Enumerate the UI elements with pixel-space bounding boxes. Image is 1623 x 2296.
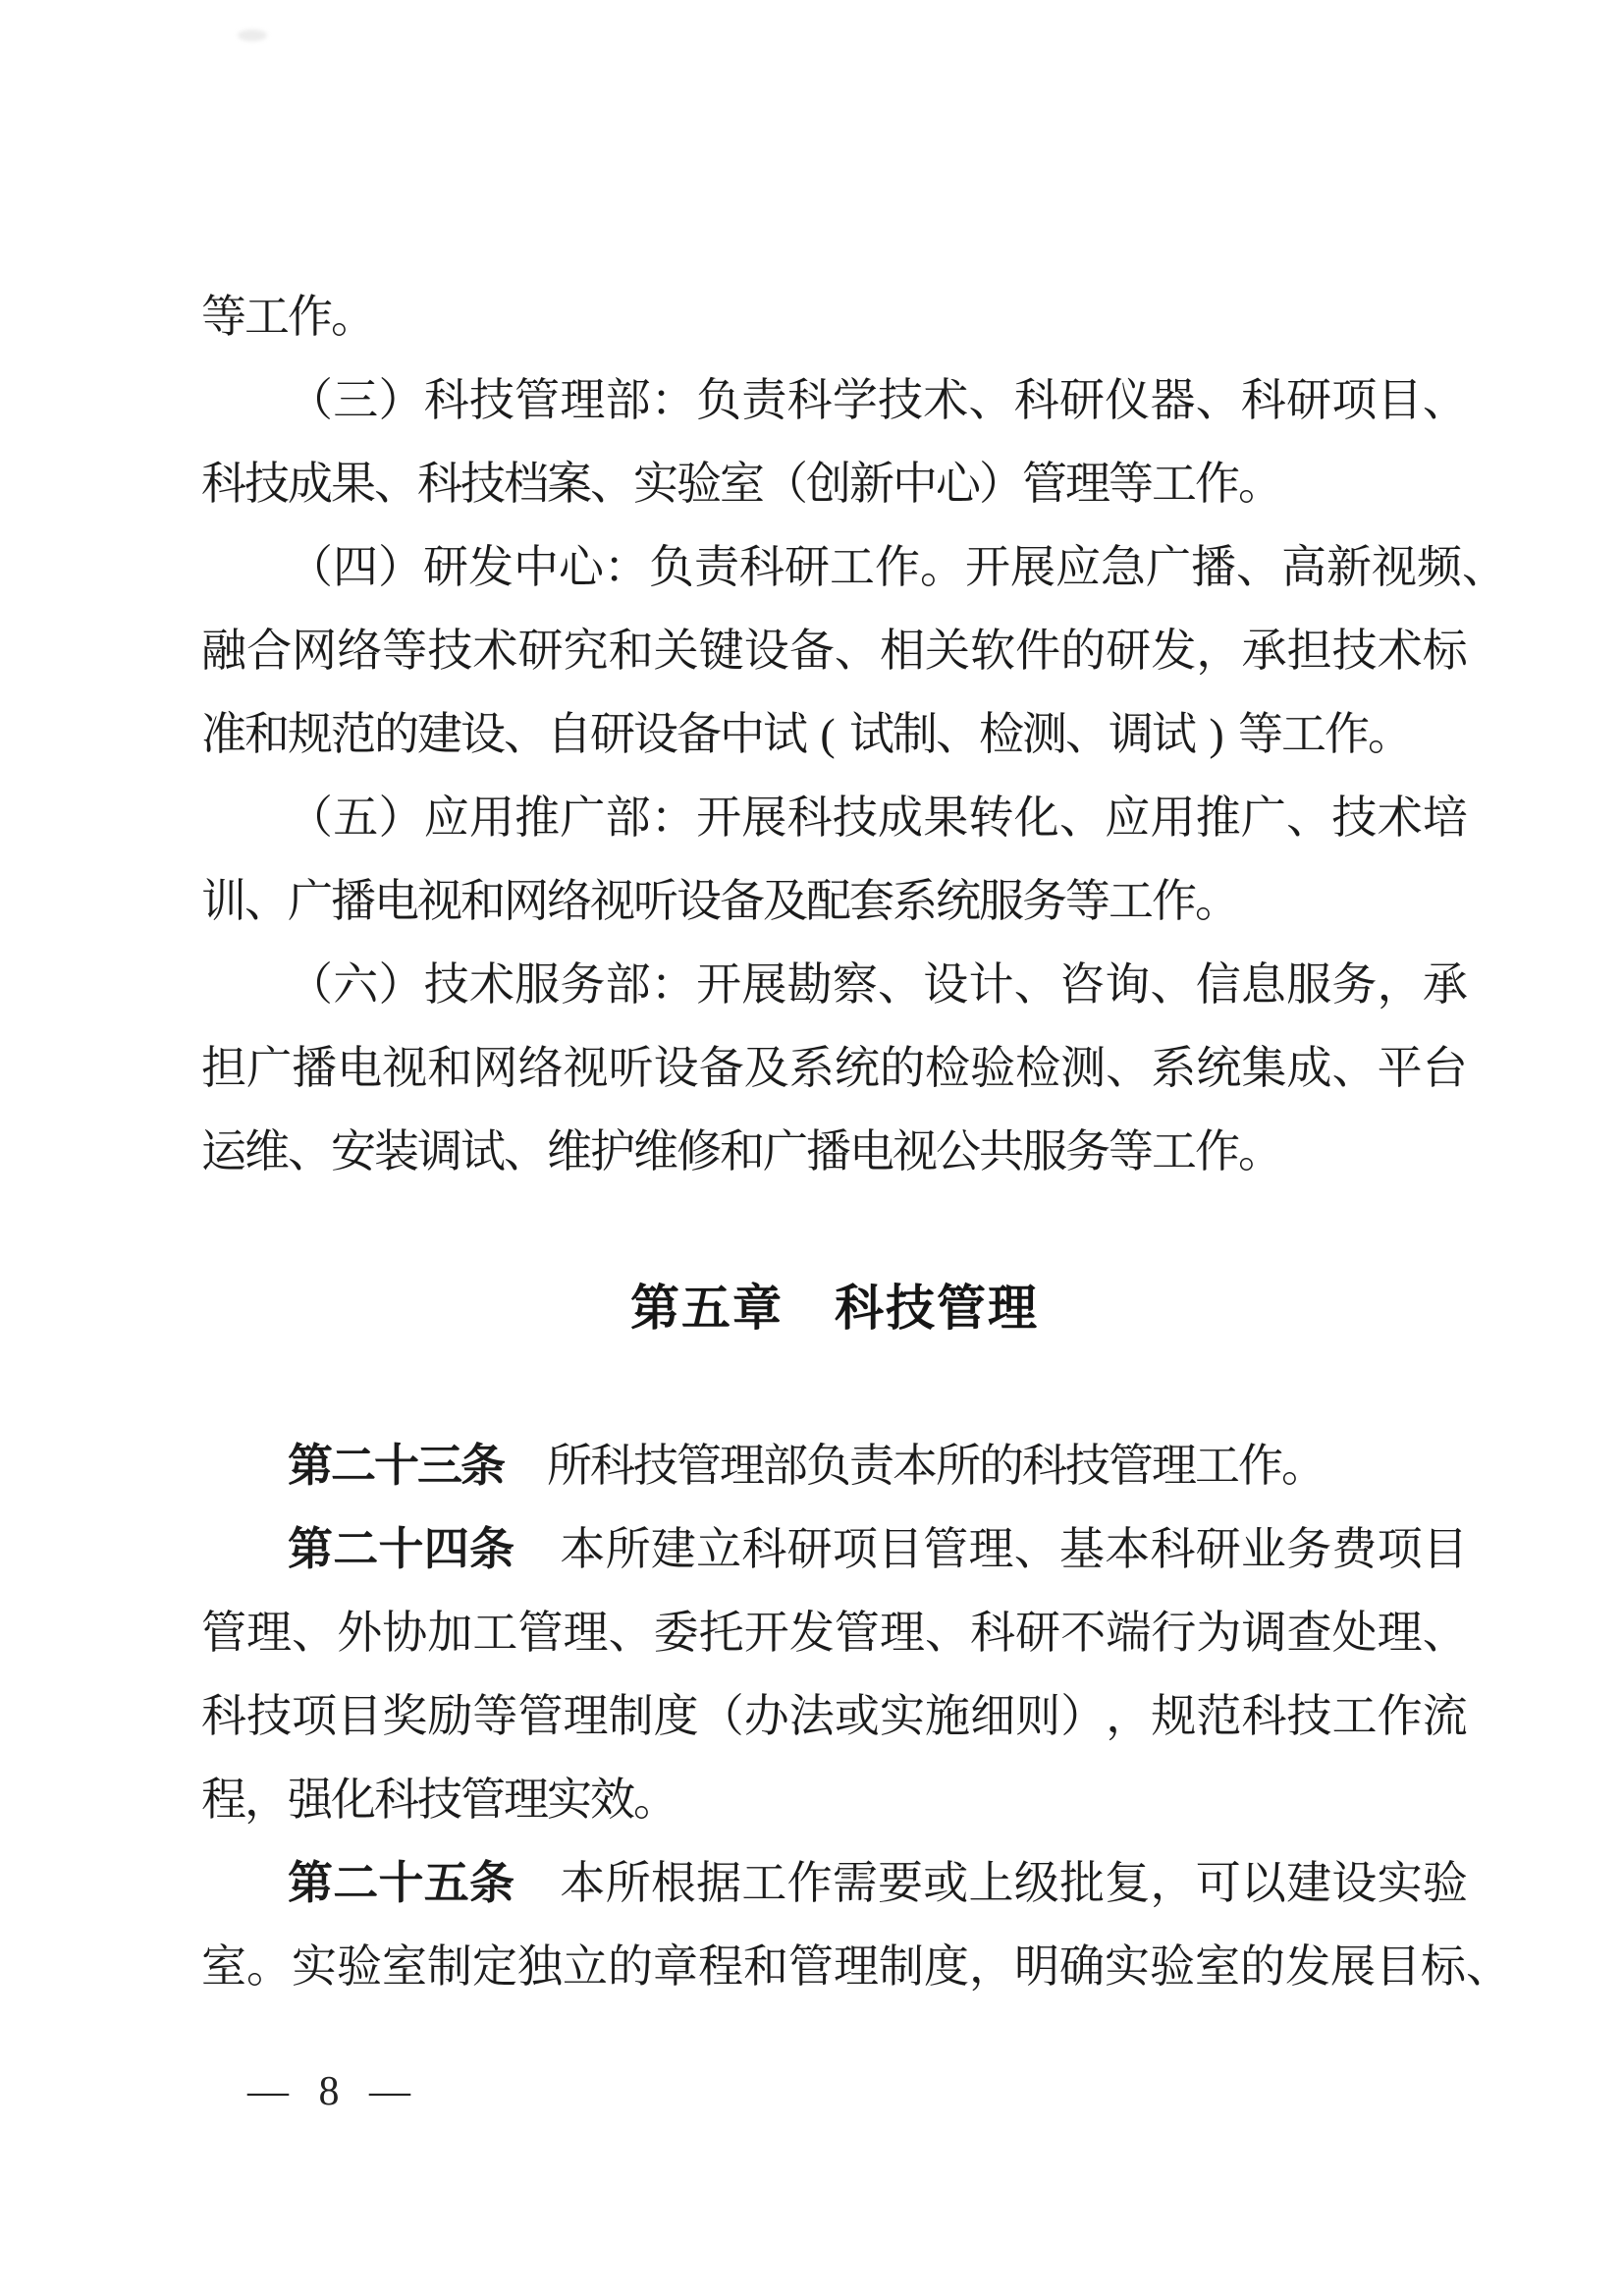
text-line: 运维、安装调试、维护维修和广播电视公共服务等工作。 <box>201 1110 1468 1193</box>
scan-smudge <box>238 29 267 41</box>
text-line: 第二十五条 本所根据工作需要或上级批复，可以建设实验 <box>201 1841 1468 1925</box>
text-line: 等工作。 <box>201 275 1468 358</box>
document-content: 等工作。（三）科技管理部：负责科学技术、科研仪器、科研项目、科技成果、科技档案、… <box>201 275 1468 2008</box>
text-line: （五）应用推广部：开展科技成果转化、应用推广、技术培 <box>201 776 1468 859</box>
text-line: 室。实验室制定独立的章程和管理制度，明确实验室的发展目标、 <box>201 1925 1468 2008</box>
text-line: 融合网络等技术研究和关键设备、相关软件的研发，承担技术标 <box>201 609 1468 692</box>
text-line: （六）技术服务部：开展勘察、设计、咨询、信息服务，承 <box>201 943 1468 1026</box>
text-line: 程，强化科技管理实效。 <box>201 1758 1468 1841</box>
text-line: 科技成果、科技档案、实验室（创新中心）管理等工作。 <box>201 442 1468 525</box>
text-line: （三）科技管理部：负责科学技术、科研仪器、科研项目、 <box>201 358 1468 442</box>
chapter-heading: 第五章 科技管理 <box>201 1267 1468 1350</box>
text-line: 科技项目奖励等管理制度（办法或实施细则），规范科技工作流 <box>201 1674 1468 1758</box>
document-page: 等工作。（三）科技管理部：负责科学技术、科研仪器、科研项目、科技成果、科技档案、… <box>0 0 1623 2296</box>
text-line: （四）研发中心：负责科研工作。开展应急广播、高新视频、 <box>201 525 1468 609</box>
text-line: 准和规范的建设、自研设备中试(试制、检测、调试)等工作。 <box>201 692 1468 776</box>
text-line: 担广播电视和网络视听设备及系统的检验检测、系统集成、平台 <box>201 1026 1468 1110</box>
document-lines-bottom: 第二十三条 所科技管理部负责本所的科技管理工作。第二十四条 本所建立科研项目管理… <box>201 1424 1468 2008</box>
document-lines-top: 等工作。（三）科技管理部：负责科学技术、科研仪器、科研项目、科技成果、科技档案、… <box>201 275 1468 1193</box>
text-line: 管理、外协加工管理、委托开发管理、科研不端行为调查处理、 <box>201 1591 1468 1674</box>
text-line: 第二十四条 本所建立科研项目管理、基本科研业务费项目 <box>201 1507 1468 1591</box>
page-number: — 8 — <box>247 2062 420 2121</box>
text-line: 训、广播电视和网络视听设备及配套系统服务等工作。 <box>201 859 1468 943</box>
text-line: 第二十三条 所科技管理部负责本所的科技管理工作。 <box>201 1424 1468 1507</box>
